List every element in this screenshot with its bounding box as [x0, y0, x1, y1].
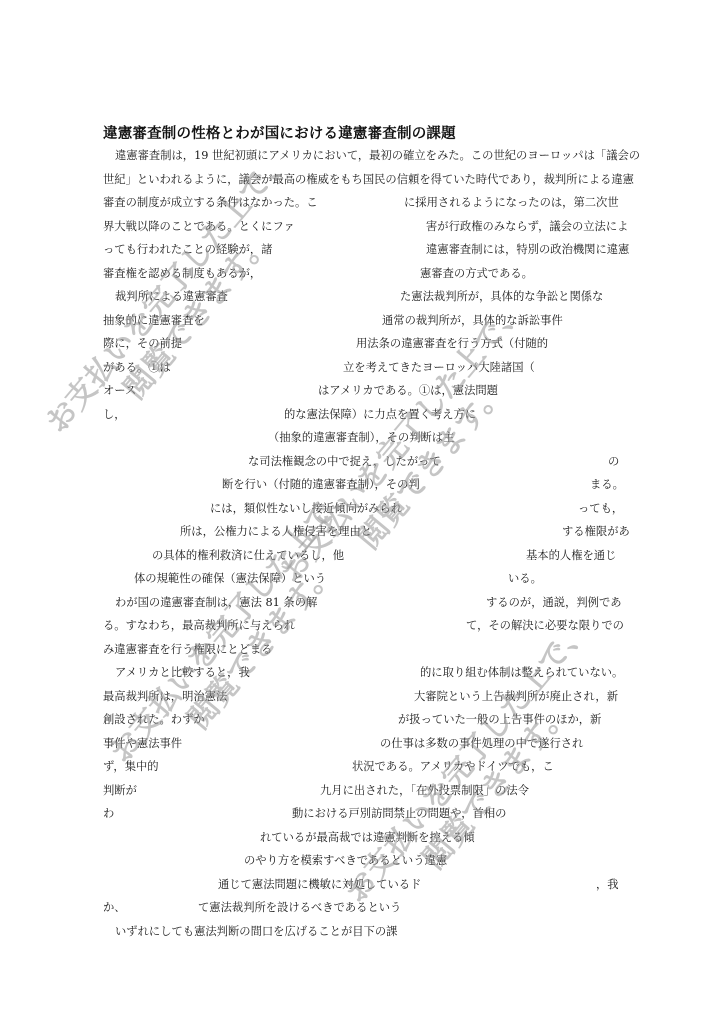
text-segment: まる。: [590, 476, 624, 494]
text-segment: 体の規範性の確保（憲法保障）という: [134, 570, 326, 588]
text-segment: っても，: [578, 500, 623, 518]
text-segment: 抽象的に違憲審査を: [103, 312, 205, 330]
text-segment: の具体的権利救済に仕えているし，他: [152, 547, 344, 565]
text-segment: 通常の裁判所が，具体的な訴訟事件: [382, 312, 563, 330]
text-segment: がある。①は: [103, 359, 171, 377]
text-segment: 断を行い（付随的違憲審査制），その判: [222, 476, 420, 494]
text-segment: な司法権観念の中で捉え，したがって: [248, 453, 441, 471]
text-segment: 際に，その前提: [103, 335, 182, 353]
text-segment: 裁判所による違憲審査: [115, 288, 228, 306]
text-segment: オース: [103, 382, 136, 400]
text-segment: 審査権を認める制度もあるが，: [103, 265, 261, 283]
text-segment: 世紀」といわれるように，議会が最高の権威をもち国民の信頼を得ていた時代であり，裁…: [103, 171, 634, 189]
text-segment: 害が行政権のみならず，議会の立法によ: [426, 218, 628, 236]
text-segment: いる。: [508, 570, 542, 588]
text-segment: アメリカと比較すると，我: [115, 664, 250, 682]
text-segment: 用法条の違憲審査を行う方式（付随的: [356, 335, 548, 353]
text-segment: ず，集中的: [103, 758, 159, 776]
text-segment: （抽象的違憲審査制），その判断は主: [268, 429, 454, 447]
text-segment: の: [608, 453, 619, 471]
text-segment: には，類似性ないし接近傾向がみられ: [210, 500, 402, 518]
text-segment: て憲法裁判所を設けるべきであるという: [198, 899, 401, 917]
text-segment: て，その解決に必要な限りでの: [466, 617, 624, 635]
text-segment: 違憲審査制は，19 世紀初頭にアメリカにおいて，最初の確立をみた。この世紀のヨー…: [115, 147, 640, 165]
text-segment: 憲審査の方式である。: [420, 265, 533, 283]
text-segment: 立を考えてきたヨーロッパ大陸諸国（: [343, 359, 535, 377]
text-segment: 状況である。アメリカやドイツでも，こ: [352, 758, 554, 776]
text-segment: 的な憲法保障）に力点を置く考え方に: [284, 406, 476, 424]
text-segment: 基本的人権を通じ: [526, 547, 616, 565]
text-segment: 創設された。わずか: [103, 711, 205, 729]
text-segment: に採用されるようになったのは，第二次世: [404, 194, 619, 212]
text-segment: が扱っていた一般の上告事件のほか，新: [398, 711, 601, 729]
document-page: 違憲審査制の性格とわが国における違憲審査制の課題 違憲審査制は，19 世紀初頭に…: [0, 0, 724, 1024]
text-segment: わ: [103, 805, 114, 823]
text-segment: わが国の違憲審査制は，憲法 81 条の解: [115, 594, 317, 612]
text-segment: ，我: [596, 876, 619, 894]
text-segment: 九月に出された，「在外投票制限」の法令: [320, 782, 529, 800]
text-segment: 界大戦以降のことである。とくにファ: [103, 218, 295, 236]
text-segment: 通じて憲法問題に機敏に対処しているド: [218, 876, 421, 894]
text-segment: はアメリカである。①は，憲法問題: [318, 382, 498, 400]
text-segment: するのが，通説，判例であ: [486, 594, 622, 612]
document-title: 違憲審査制の性格とわが国における違憲審査制の課題: [103, 122, 456, 143]
text-segment: か、: [103, 899, 126, 917]
text-segment: た憲法裁判所が，具体的な争訟と関係な: [400, 288, 603, 306]
text-segment: 違憲審査制には，特別の政治機関に違憲: [426, 241, 629, 259]
text-segment: 最高裁判所は，明治憲法: [103, 688, 227, 706]
text-segment: 動における戸別訪問禁止の問題や，首相の: [292, 805, 506, 823]
text-segment: 所は，公権力による人権侵害を理由と: [180, 523, 372, 541]
text-segment: み違憲審査を行う権限にとどまる: [103, 641, 272, 659]
text-segment: のやり方を模索すべきであるという違憲: [244, 852, 447, 870]
text-segment: 的に取り組む体制は整えられていない。: [420, 664, 623, 682]
text-segment: 事件や憲法事件: [103, 735, 182, 753]
text-segment: 大審院という上告裁判所が廃止され，新: [414, 688, 618, 706]
text-segment: 審査の制度が成立する条件はなかった。こ: [103, 194, 318, 212]
text-segment: し，: [103, 406, 126, 424]
text-segment: いずれにしても憲法判断の間口を広げることが目下の課: [115, 923, 397, 941]
text-segment: れているが最高裁では違憲判断を控える傾: [260, 829, 475, 847]
text-segment: 判断が: [103, 782, 137, 800]
text-segment: る。すなわち，最高裁判所に与えられ: [103, 617, 295, 635]
text-segment: する権限があ: [562, 523, 630, 541]
text-segment: の仕事は多数の事件処理の中で遂行され: [380, 735, 583, 753]
text-segment: っても行われたことの経験が，諸: [103, 241, 272, 259]
